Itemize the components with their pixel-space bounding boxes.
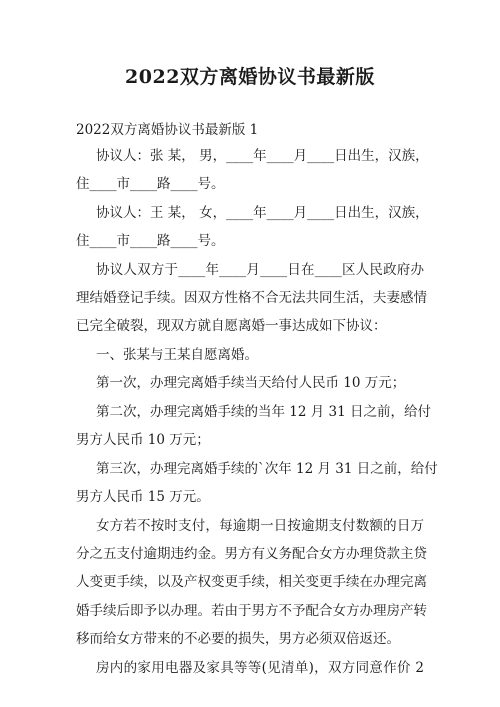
text-line: 人变更手续，以及产权变更手续，相关变更手续在办理完离	[76, 572, 424, 592]
text-line: 理结婚登记手续。因双方性格不合无法共同生活，夫妻感情	[76, 288, 424, 308]
text-line: 协议人：张 某， 男，____年____月____日出生，汉族，	[96, 146, 424, 166]
text-line: 一、张某与王某自愿离婚。	[96, 345, 424, 365]
text-line: 男方人民币 15 万元。	[76, 487, 424, 507]
text-line: 移而给女方带来的不必要的损失，男方必须双倍返还。	[76, 629, 424, 649]
text-line: 协议人双方于____年____月____日在____区人民政府办	[96, 260, 424, 280]
text-line: 住____市____路____号。	[76, 174, 424, 194]
document-title: 2022双方离婚协议书最新版	[0, 62, 500, 89]
text-line: 房内的家用电器及家具等等(见清单)，双方同意作价 2	[96, 658, 424, 678]
text-line: 已完全破裂，现双方就自愿离婚一事达成如下协议：	[76, 316, 424, 336]
text-line: 婚手续后即予以办理。若由于男方不予配合女方办理房产转	[76, 601, 424, 621]
text-line: 第二次，办理完离婚手续的当年 12 月 31 日之前，给付	[96, 402, 424, 422]
text-line: 分之五支付逾期违约金。男方有义务配合女方办理贷款主贷	[76, 544, 424, 564]
text-line: 住____市____路____号。	[76, 231, 424, 251]
text-line: 第一次，办理完离婚手续当天给付人民币 10 万元；	[96, 373, 424, 393]
text-line: 男方人民币 10 万元；	[76, 430, 424, 450]
text-line: 协议人：王 某， 女，____年____月____日出生，汉族，	[96, 203, 424, 223]
document-subtitle: 2022双方离婚协议书最新版 1	[76, 118, 258, 138]
text-line: 第三次，办理完离婚手续的`次年 12 月 31 日之前，给付	[96, 459, 424, 479]
text-line: 女方若不按时支付，每逾期一日按逾期支付数额的日万	[96, 516, 424, 536]
